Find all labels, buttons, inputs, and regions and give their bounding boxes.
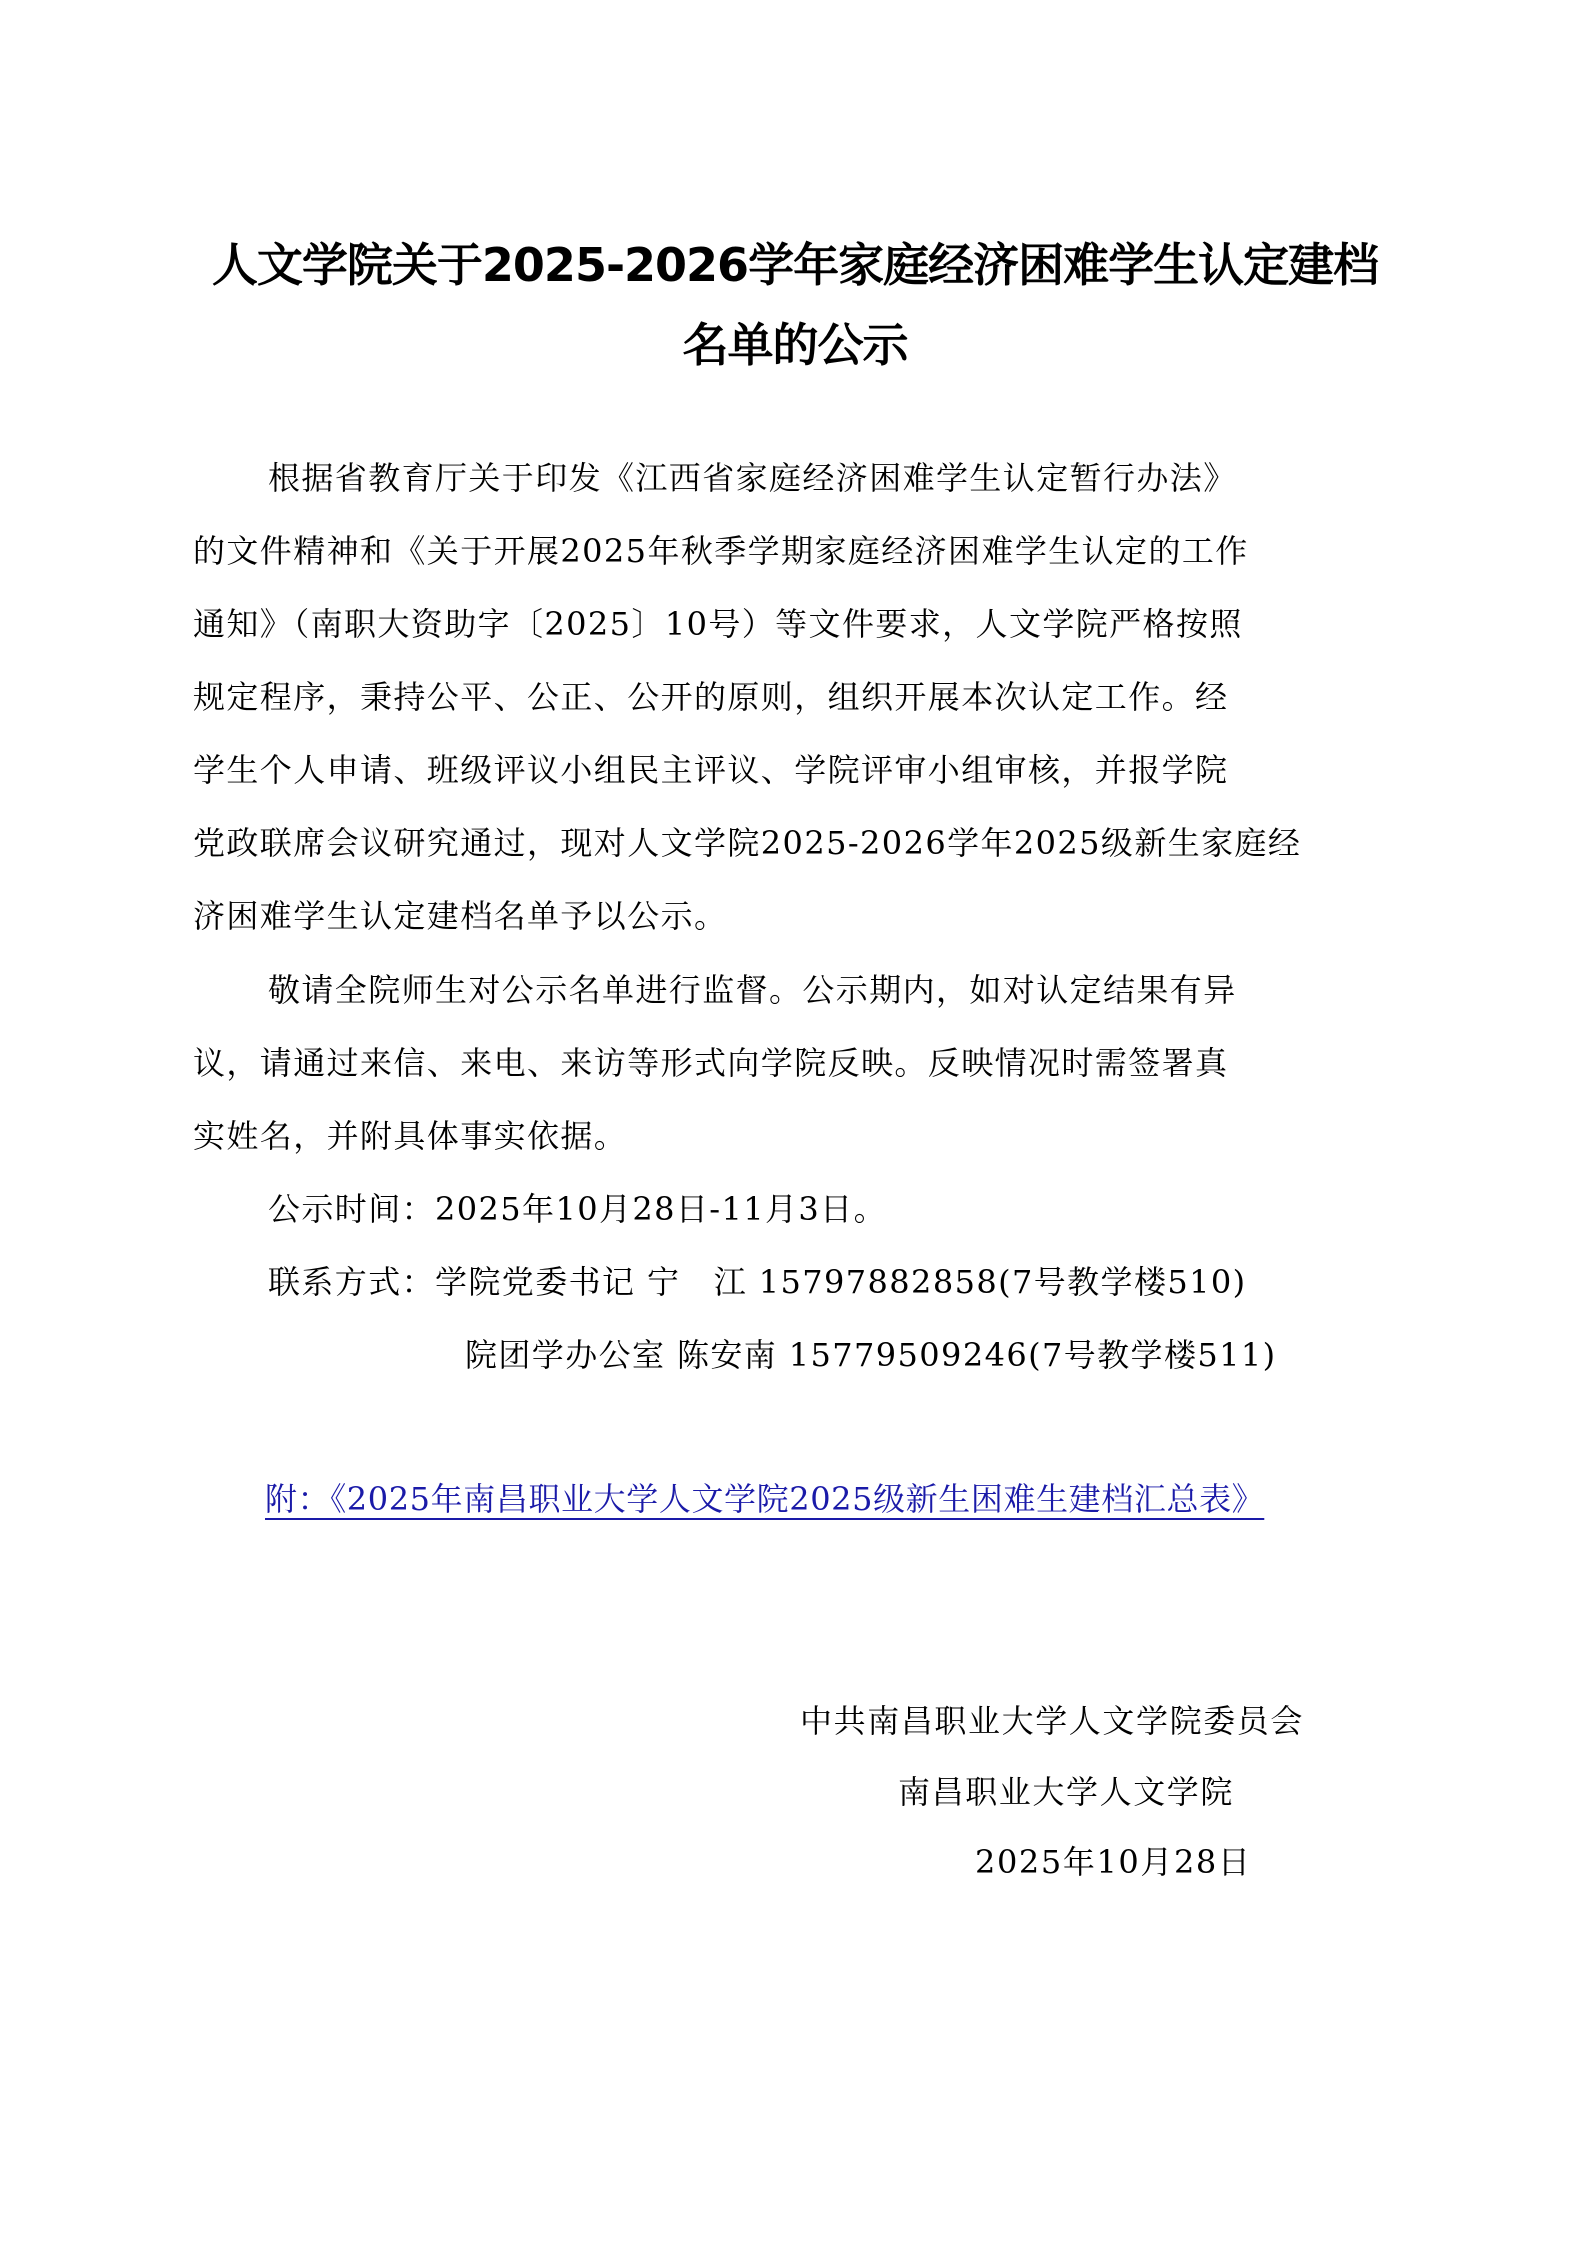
paragraph-line: 实姓名，并附具体事实依据。 xyxy=(193,1120,1403,1152)
contact-line-2: 院团学办公室 陈安南 15779509246(7号教学楼511) xyxy=(465,1339,1588,1371)
paragraph-line: 议，请通过来信、来电、来访等形式向学院反映。反映情况时需签署真 xyxy=(193,1047,1403,1079)
paragraph-line: 根据省教育厅关于印发《江西省家庭经济困难学生认定暂行办法》 xyxy=(268,462,1478,494)
paragraph-line: 的文件精神和《关于开展2025年秋季学期家庭经济困难学生认定的工作 xyxy=(193,535,1403,567)
paragraph-line: 规定程序，秉持公平、公正、公开的原则，组织开展本次认定工作。经 xyxy=(193,681,1403,713)
paragraph-line: 党政联席会议研究通过，现对人文学院2025-2026学年2025级新生家庭经 xyxy=(193,827,1403,859)
attachment-link[interactable]: 附：《2025年南昌职业大学人文学院2025级新生困难生建档汇总表》 xyxy=(265,1483,1264,1515)
document-page: 人文学院关于2025-2026学年家庭经济困难学生认定建档 名单的公示 根据省教… xyxy=(0,0,1588,2245)
contact-line-1: 联系方式：学院党委书记 宁 江 15797882858(7号教学楼510) xyxy=(268,1266,1478,1298)
signature-party-committee: 中共南昌职业大学人文学院委员会 xyxy=(800,1705,1304,1737)
signature-college: 南昌职业大学人文学院 xyxy=(898,1776,1234,1808)
document-title-line-2: 名单的公示 xyxy=(190,322,1400,368)
notice-period: 公示时间：2025年10月28日-11月3日。 xyxy=(268,1193,1478,1225)
signature-date: 2025年10月28日 xyxy=(975,1846,1251,1878)
paragraph-line: 学生个人申请、班级评议小组民主评议、学院评审小组审核，并报学院 xyxy=(193,754,1403,786)
paragraph-line: 敬请全院师生对公示名单进行监督。公示期内，如对认定结果有异 xyxy=(268,974,1478,1006)
paragraph-line: 济困难学生认定建档名单予以公示。 xyxy=(193,900,1403,932)
document-title-line-1: 人文学院关于2025-2026学年家庭经济困难学生认定建档 xyxy=(190,242,1400,288)
paragraph-line: 通知》（南职大资助字〔2025〕10号）等文件要求，人文学院严格按照 xyxy=(193,608,1403,640)
